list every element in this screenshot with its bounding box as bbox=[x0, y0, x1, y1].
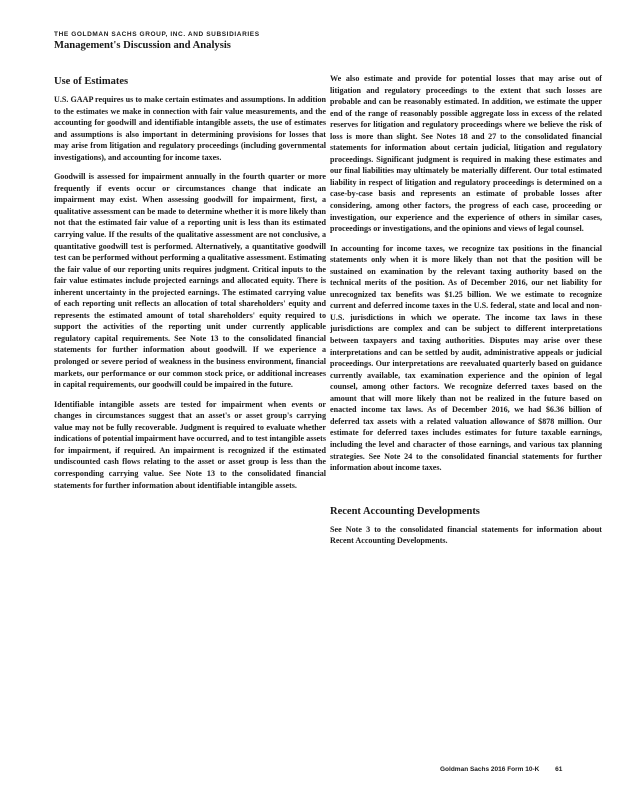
footer-publication: Goldman Sachs 2016 Form 10-K bbox=[440, 766, 539, 773]
paragraph: Identifiable intangible assets are teste… bbox=[54, 399, 326, 491]
right-column: We also estimate and provide for potenti… bbox=[330, 73, 602, 555]
page-header: THE GOLDMAN SACHS GROUP, INC. AND SUBSID… bbox=[54, 30, 574, 52]
document-title: Management's Discussion and Analysis bbox=[54, 40, 574, 52]
section-spacer bbox=[330, 482, 602, 506]
paragraph: See Note 3 to the consolidated financial… bbox=[330, 524, 602, 547]
section-title-use-of-estimates: Use of Estimates bbox=[54, 76, 326, 88]
paragraph: U.S. GAAP requires us to make certain es… bbox=[54, 94, 326, 163]
section-title-recent-accounting-developments: Recent Accounting Developments bbox=[330, 506, 602, 518]
page-number: 61 bbox=[555, 766, 562, 773]
paragraph: Goodwill is assessed for impairment annu… bbox=[54, 171, 326, 390]
paragraph: We also estimate and provide for potenti… bbox=[330, 73, 602, 235]
paragraph: In accounting for income taxes, we recog… bbox=[330, 243, 602, 474]
left-column: Use of Estimates U.S. GAAP requires us t… bbox=[54, 76, 326, 499]
company-name: THE GOLDMAN SACHS GROUP, INC. AND SUBSID… bbox=[54, 30, 574, 39]
page-footer: Goldman Sachs 2016 Form 10-K 61 bbox=[440, 766, 562, 773]
